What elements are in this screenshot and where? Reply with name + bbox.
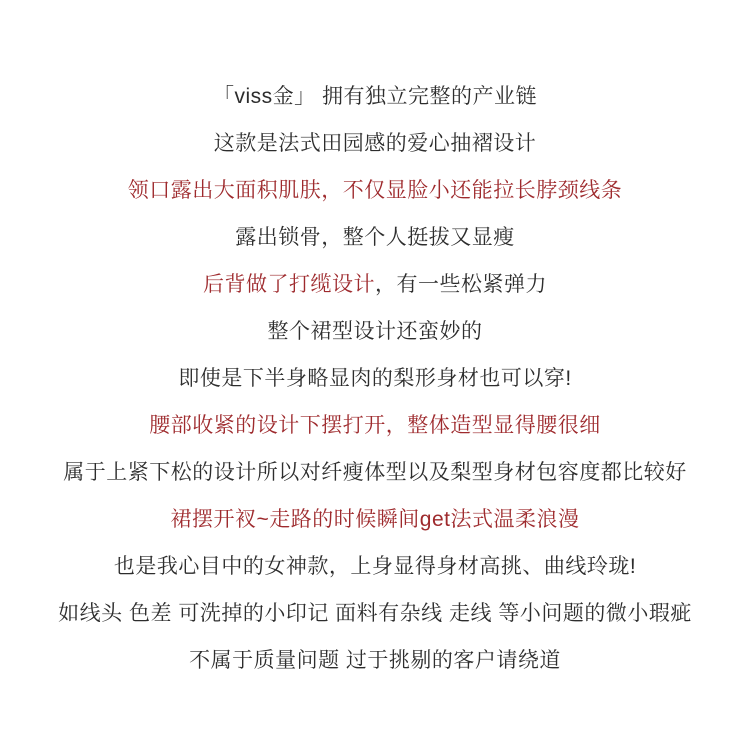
line-text: 这款是法式田园感的爱心抽褶设计 <box>214 132 537 155</box>
line-neckline-highlight: 领口露出大面积肌肤，不仅显脸小还能拉长脖颈线条 <box>0 166 750 213</box>
line-waist-highlight: 腰部收紧的设计下摆打开，整体造型显得腰很细 <box>0 401 750 448</box>
line-back-design-mixed: 后背做了打缆设计，有一些松紧弹力 <box>0 260 750 307</box>
line-text: 裙摆开衩~走路的时候瞬间get法式温柔浪漫 <box>171 508 580 531</box>
line-text: 露出锁骨，整个人挺拔又显瘦 <box>235 226 515 249</box>
product-description-page: 「viss金」 拥有独立完整的产业链 这款是法式田园感的爱心抽褶设计 领口露出大… <box>0 0 750 750</box>
line-skirt-shape: 整个裙型设计还蛮妙的 <box>0 307 750 354</box>
line-text-accent-segment: 后背做了打缆设计 <box>203 273 375 296</box>
line-pear-shape-fit: 即使是下半身略显肉的梨形身材也可以穿! <box>0 354 750 401</box>
line-text: 不属于质量问题 过于挑剔的客户请绕道 <box>189 649 561 672</box>
line-text-ink-segment: ，有一些松紧弹力 <box>375 273 547 296</box>
line-text: 整个裙型设计还蛮妙的 <box>268 320 483 343</box>
line-text: 腰部收紧的设计下摆打开，整体造型显得腰很细 <box>149 414 601 437</box>
line-text: 领口露出大面积肌肤，不仅显脸小还能拉长脖颈线条 <box>128 179 623 202</box>
line-quality-disclaimer: 不属于质量问题 过于挑剔的客户请绕道 <box>0 636 750 683</box>
line-french-pastoral-design: 这款是法式田园感的爱心抽褶设计 <box>0 119 750 166</box>
line-text: 如线头 色差 可洗掉的小印记 面料有杂线 走线 等小问题的微小瑕疵 <box>58 602 692 625</box>
line-text: 属于上紧下松的设计所以对纤瘦体型以及梨型身材包容度都比较好 <box>63 461 687 484</box>
line-text: 「viss金」 拥有独立完整的产业链 <box>213 85 537 108</box>
description-text-block: 「viss金」 拥有独立完整的产业链 这款是法式田园感的爱心抽褶设计 领口露出大… <box>0 0 750 683</box>
line-collarbone: 露出锁骨，整个人挺拔又显瘦 <box>0 213 750 260</box>
line-text: 也是我心目中的女神款，上身显得身材高挑、曲线玲珑! <box>114 555 636 578</box>
line-brand-industry-chain: 「viss金」 拥有独立完整的产业链 <box>0 72 750 119</box>
line-goddess-style: 也是我心目中的女神款，上身显得身材高挑、曲线玲珑! <box>0 542 750 589</box>
line-text: 即使是下半身略显肉的梨形身材也可以穿! <box>178 367 571 390</box>
line-minor-flaws-note: 如线头 色差 可洗掉的小印记 面料有杂线 走线 等小问题的微小瑕疵 <box>0 589 750 636</box>
line-body-type-tolerance: 属于上紧下松的设计所以对纤瘦体型以及梨型身材包容度都比较好 <box>0 448 750 495</box>
line-slit-hem-highlight: 裙摆开衩~走路的时候瞬间get法式温柔浪漫 <box>0 495 750 542</box>
